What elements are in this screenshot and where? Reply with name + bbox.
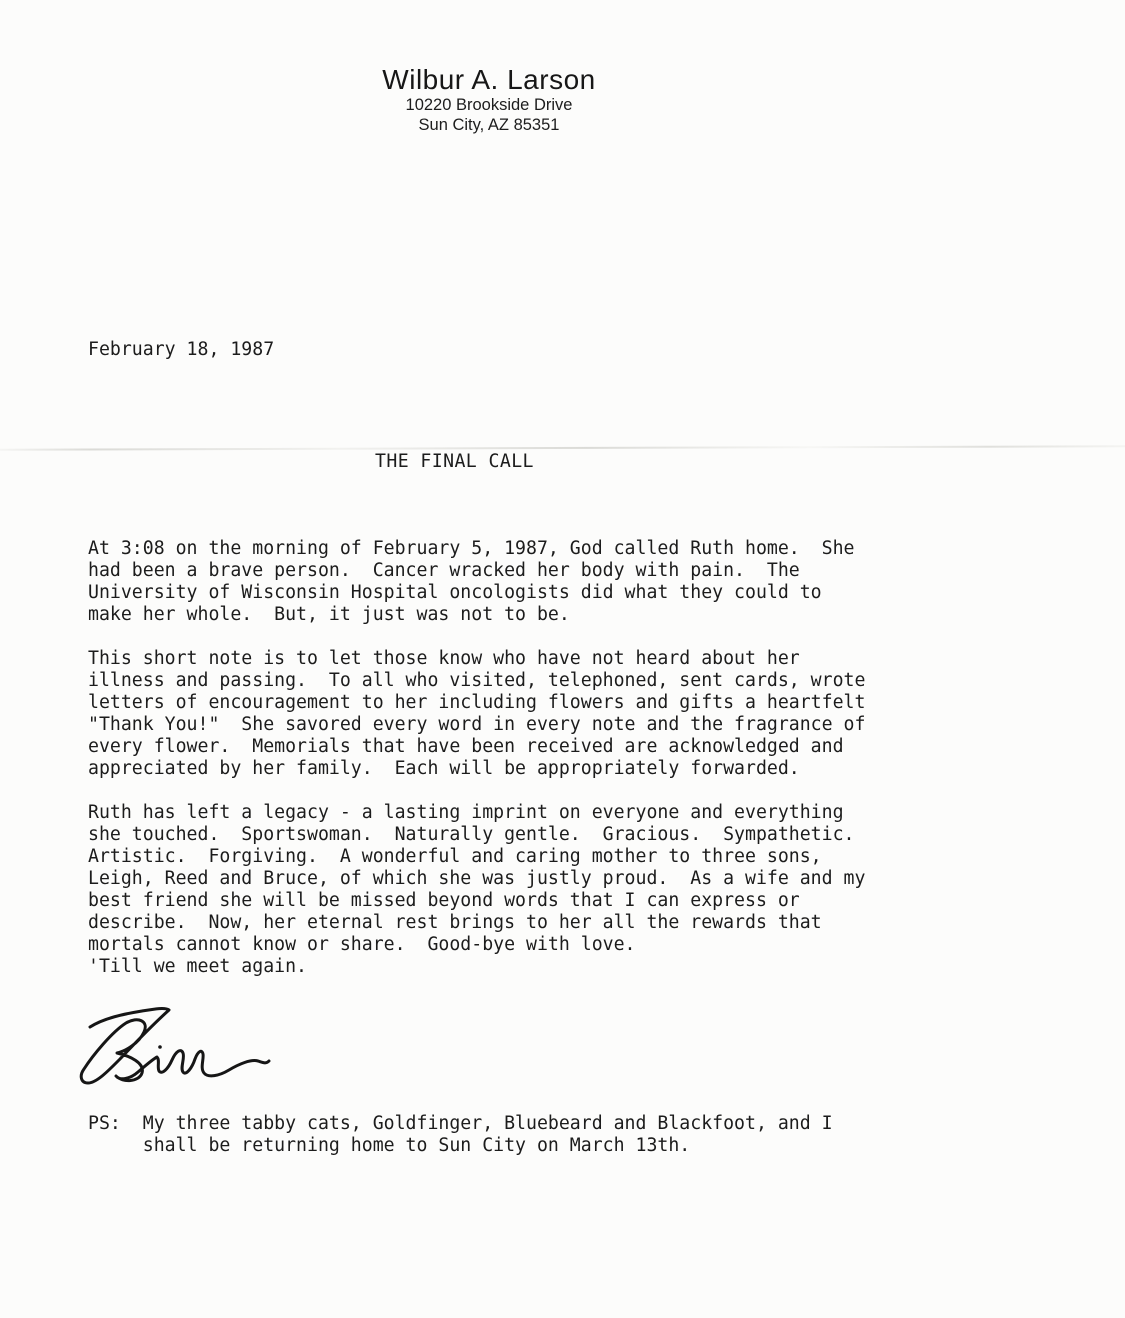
letter-page: Wilbur A. Larson 10220 Brookside Drive S… bbox=[0, 0, 1125, 1318]
i-dot bbox=[158, 1045, 162, 1049]
body-paragraph-2: This short note is to let those know who… bbox=[88, 648, 865, 780]
body-paragraph-3: Ruth has left a legacy - a lasting impri… bbox=[88, 802, 865, 978]
letterhead-name: Wilbur A. Larson bbox=[382, 63, 595, 96]
postscript: PS: My three tabby cats, Goldfinger, Blu… bbox=[88, 1113, 833, 1157]
letter-title: THE FINAL CALL bbox=[375, 451, 534, 473]
letterhead-address-line2: Sun City, AZ 85351 bbox=[382, 116, 595, 136]
letterhead: Wilbur A. Larson 10220 Brookside Drive S… bbox=[382, 63, 595, 135]
letterhead-address-line1: 10220 Brookside Drive bbox=[382, 96, 595, 116]
letter-body: At 3:08 on the morning of February 5, 19… bbox=[88, 538, 865, 978]
signature-handwriting: Bill bbox=[64, 1002, 284, 1102]
signature-bill-svg: Bill bbox=[64, 1002, 284, 1102]
date-line: February 18, 1987 bbox=[88, 339, 274, 361]
paper-fold-crease bbox=[0, 445, 1125, 451]
body-paragraph-1: At 3:08 on the morning of February 5, 19… bbox=[88, 538, 865, 626]
